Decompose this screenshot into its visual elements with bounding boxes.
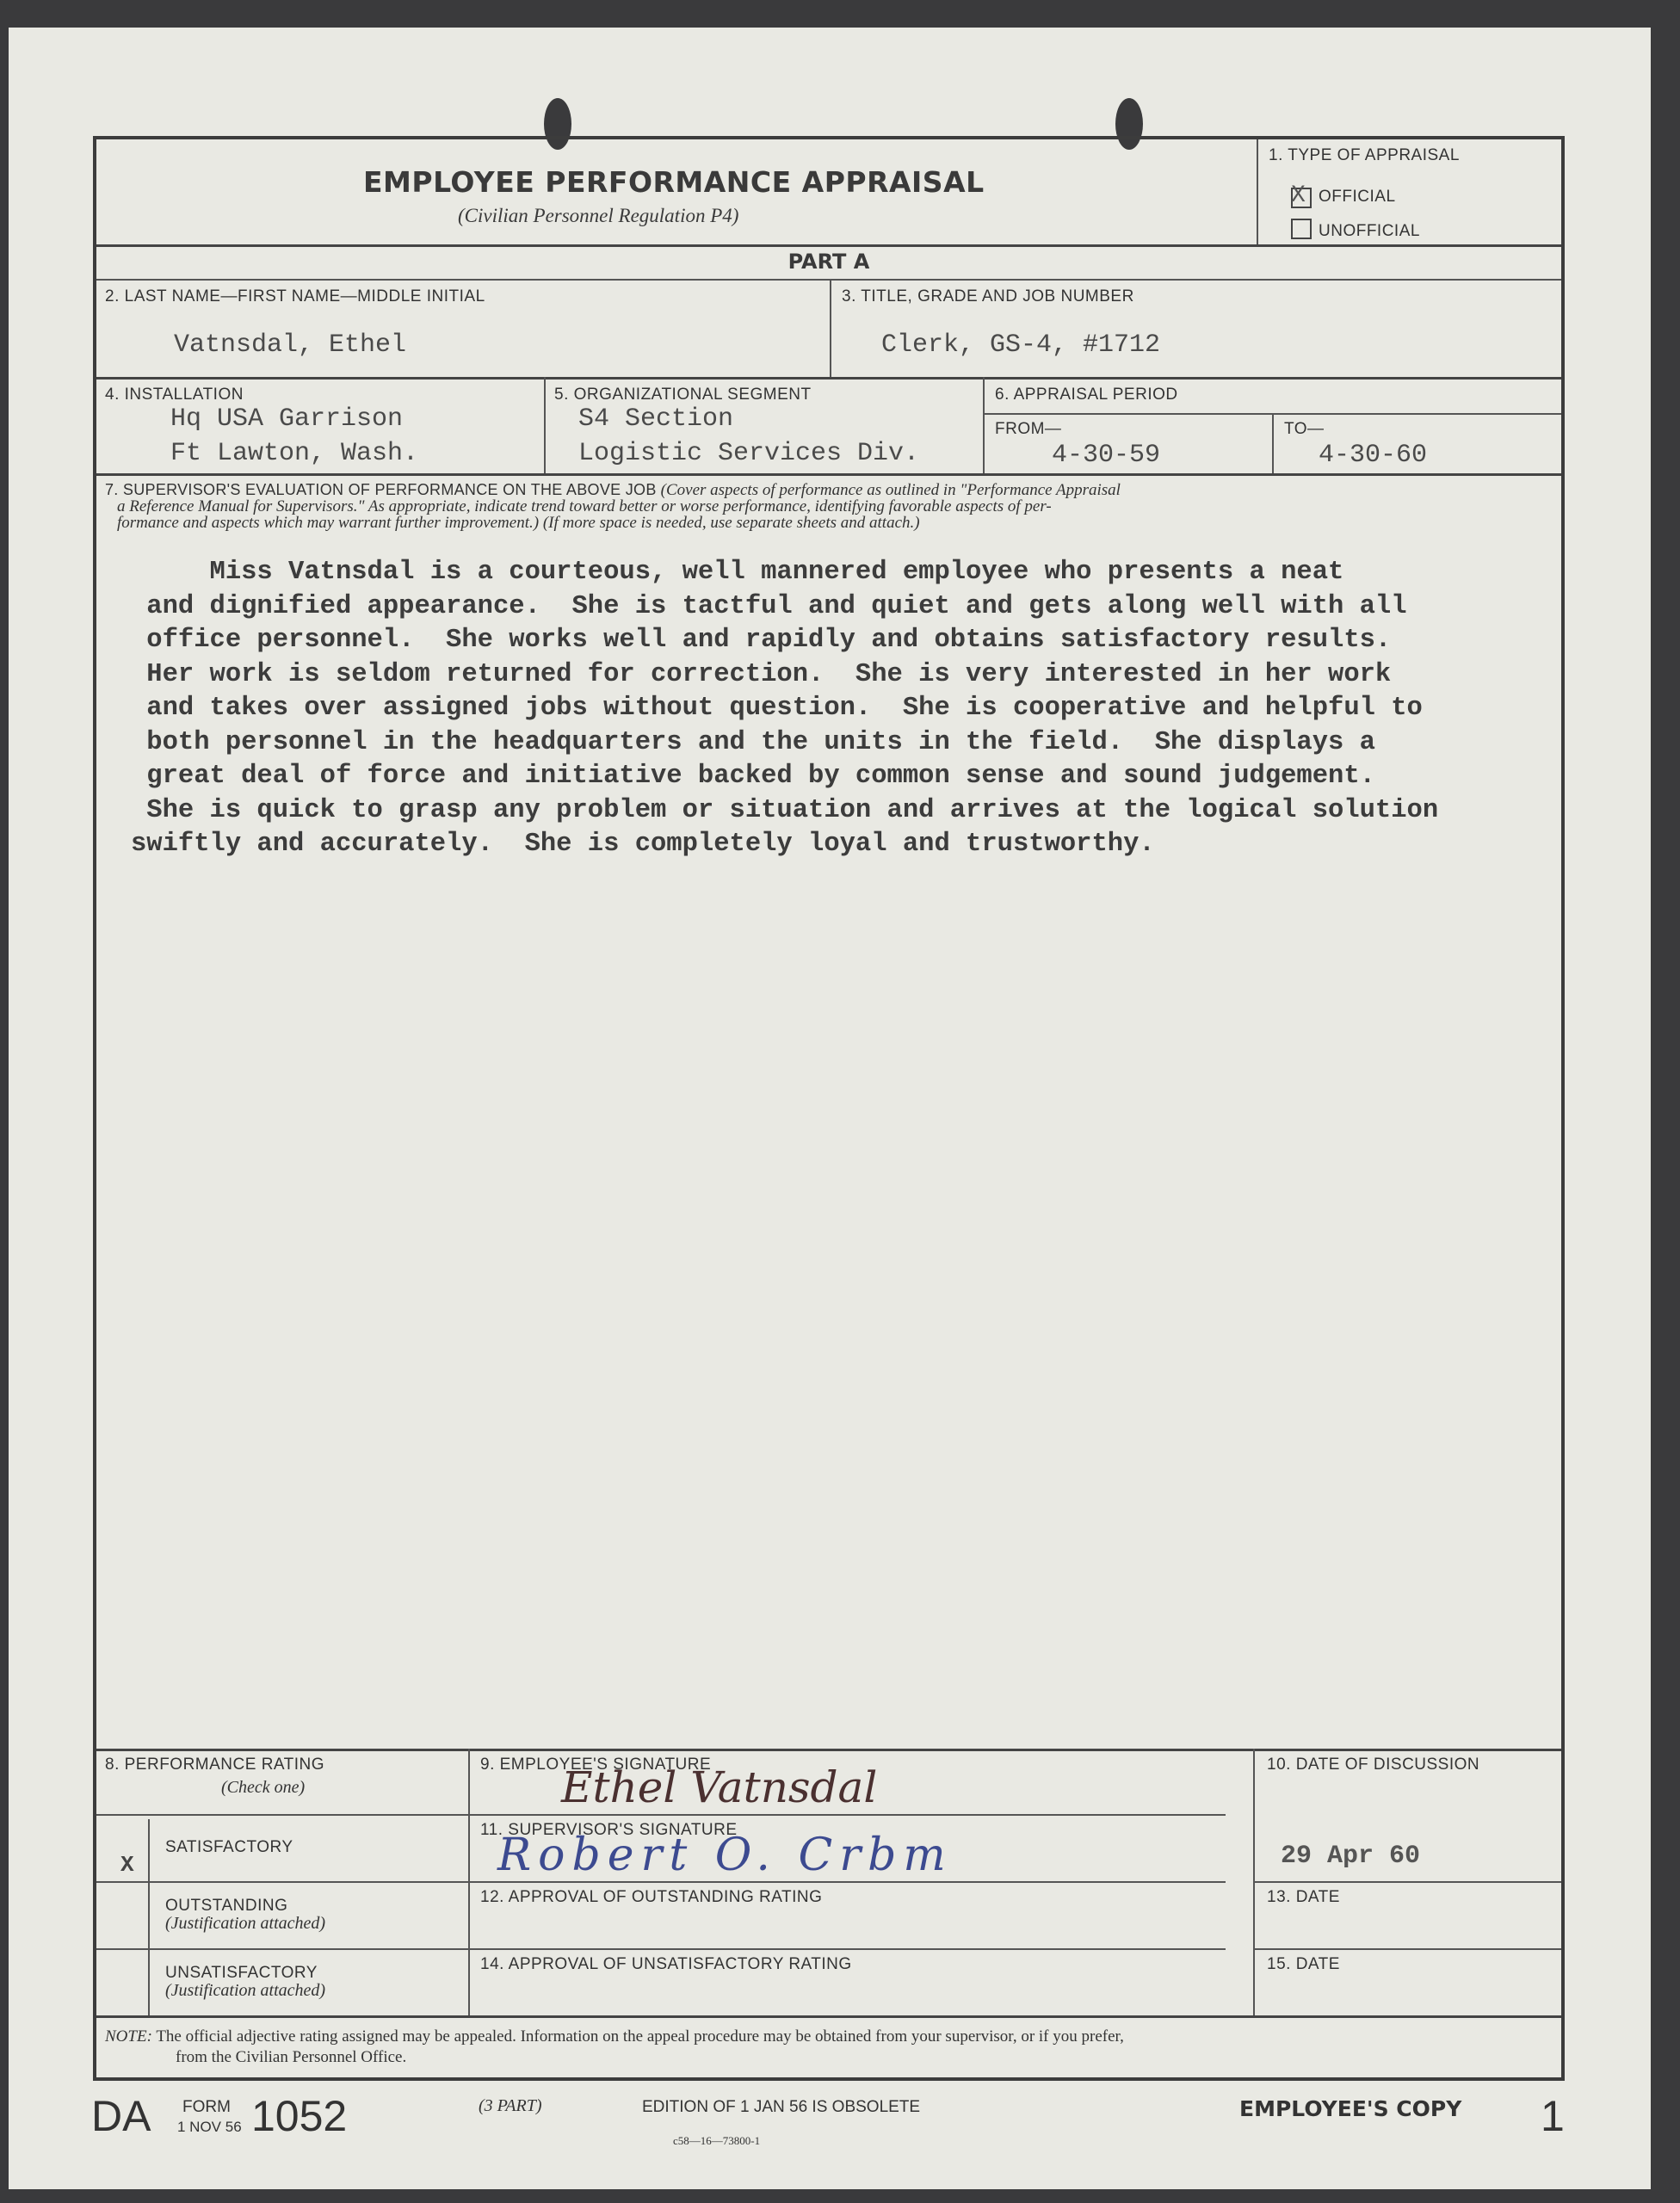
discussion-date-label: 10. DATE OF DISCUSSION	[1267, 1756, 1479, 1774]
evaluation-text[interactable]: Miss Vatnsdal is a courteous, well manne…	[131, 556, 1542, 862]
evaluation-instructions: 7. SUPERVISOR'S EVALUATION OF PERFORMANC…	[105, 482, 1560, 531]
divider	[96, 1881, 468, 1883]
type-of-appraisal-label: 1. TYPE OF APPRAISAL	[1269, 146, 1460, 165]
unofficial-label: UNOFFICIAL	[1319, 222, 1420, 241]
supervisor-signature[interactable]: Robert O. Crbm	[497, 1830, 953, 1881]
title-grade-value[interactable]: Clerk, GS-4, #1712	[881, 330, 1160, 360]
unsatisfactory-label: UNSATISFACTORY	[165, 1964, 318, 1983]
divider	[1272, 413, 1274, 473]
check-one-hint: (Check one)	[221, 1778, 305, 1798]
divider	[96, 244, 1561, 247]
from-label: FROM—	[995, 420, 1061, 439]
date-13-label: 13. DATE	[1267, 1888, 1340, 1907]
divider	[468, 1948, 1226, 1950]
divider	[96, 473, 1561, 476]
divider	[544, 377, 546, 473]
evaluation-instruction-1: (Cover aspects of performance as outline…	[661, 481, 1121, 499]
name-label: 2. LAST NAME—FIRST NAME—MIDDLE INITIAL	[105, 287, 485, 306]
satisfactory-label: SATISFACTORY	[165, 1838, 293, 1857]
divider	[468, 1881, 1226, 1883]
appeal-note: NOTE: The official adjective rating assi…	[105, 2027, 1124, 2046]
to-label: TO—	[1284, 420, 1325, 439]
appraisal-form: EMPLOYEE PERFORMANCE APPRAISAL (Civilian…	[93, 136, 1565, 2081]
org-segment-line1[interactable]: S4 Section	[578, 404, 733, 434]
divider	[1253, 1881, 1561, 1883]
edition-note: EDITION OF 1 JAN 56 IS OBSOLETE	[642, 2098, 920, 2117]
copy-designation: EMPLOYEE'S COPY	[1239, 2096, 1461, 2121]
org-segment-line2[interactable]: Logistic Services Div.	[578, 439, 919, 468]
divider	[96, 1948, 468, 1950]
copy-number: 1	[1541, 2091, 1565, 2141]
divider	[830, 279, 831, 377]
divider	[96, 1749, 1561, 1751]
evaluation-line: She is quick to grasp any problem or sit…	[131, 794, 1542, 829]
checkbox-unofficial[interactable]	[1291, 219, 1312, 239]
name-value[interactable]: Vatnsdal, Ethel	[174, 330, 406, 360]
x-mark-icon: X	[1291, 182, 1306, 209]
divider	[983, 377, 985, 473]
justification-hint: (Justification attached)	[165, 1981, 325, 2001]
outstanding-label: OUTSTANDING	[165, 1897, 287, 1916]
installation-line1[interactable]: Hq USA Garrison	[170, 404, 403, 434]
performance-rating-label: 8. PERFORMANCE RATING	[105, 1756, 324, 1774]
evaluation-label: 7. SUPERVISOR'S EVALUATION OF PERFORMANC…	[105, 481, 657, 498]
form-title: EMPLOYEE PERFORMANCE APPRAISAL	[363, 165, 985, 199]
divider	[148, 1819, 150, 2015]
installation-line2[interactable]: Ft Lawton, Wash.	[170, 439, 418, 468]
evaluation-line: Miss Vatnsdal is a courteous, well manne…	[131, 556, 1542, 590]
note-line-2: from the Civilian Personnel Office.	[176, 2048, 406, 2067]
evaluation-instruction-3: formance and aspects which may warrant f…	[117, 514, 920, 532]
employee-signature[interactable]: Ethel Vatnsdal	[561, 1762, 877, 1812]
installation-label: 4. INSTALLATION	[105, 386, 244, 404]
divider	[96, 377, 1561, 380]
evaluation-line: and dignified appearance. She is tactful…	[131, 590, 1542, 625]
divider	[96, 2015, 1561, 2018]
form-word: FORM	[182, 2098, 231, 2117]
part-a-heading: PART A	[96, 250, 1561, 274]
discussion-date-value[interactable]: 29 Apr 60	[1281, 1842, 1420, 1871]
evaluation-line: and takes over assigned jobs without que…	[131, 692, 1542, 726]
divider	[468, 1814, 1226, 1816]
evaluation-line: great deal of force and initiative backe…	[131, 760, 1542, 794]
title-grade-label: 3. TITLE, GRADE AND JOB NUMBER	[842, 287, 1134, 306]
evaluation-line: office personnel. She works well and rap…	[131, 624, 1542, 658]
divider	[1257, 139, 1258, 244]
form-date: 1 NOV 56	[177, 2119, 242, 2136]
x-mark-icon: X	[120, 1852, 134, 1878]
evaluation-line: both personnel in the headquarters and t…	[131, 726, 1542, 761]
from-date[interactable]: 4-30-59	[1052, 441, 1160, 470]
divider	[96, 279, 1561, 281]
note-line-1: The official adjective rating assigned m…	[156, 2027, 1124, 2046]
form-prefix-da: DA	[91, 2091, 151, 2141]
outstanding-approval-label: 12. APPROVAL OF OUTSTANDING RATING	[480, 1888, 822, 1907]
print-code: c58—16—73800-1	[673, 2134, 760, 2148]
form-parts: (3 PART)	[479, 2096, 542, 2116]
form-subtitle: (Civilian Personnel Regulation P4)	[458, 205, 738, 227]
org-segment-label: 5. ORGANIZATIONAL SEGMENT	[554, 386, 812, 404]
divider	[1253, 1948, 1561, 1950]
unsatisfactory-approval-label: 14. APPROVAL OF UNSATISFACTORY RATING	[480, 1955, 852, 1974]
justification-hint: (Justification attached)	[165, 1914, 325, 1934]
evaluation-line: swiftly and accurately. She is completel…	[131, 828, 1542, 862]
form-number: 1052	[251, 2091, 347, 2141]
appraisal-period-label: 6. APPRAISAL PERIOD	[995, 386, 1178, 404]
evaluation-line: Her work is seldom returned for correcti…	[131, 658, 1542, 693]
divider	[96, 1814, 468, 1816]
to-date[interactable]: 4-30-60	[1319, 441, 1427, 470]
official-label: OFFICIAL	[1319, 188, 1396, 207]
date-15-label: 15. DATE	[1267, 1955, 1340, 1974]
evaluation-instruction-2: a Reference Manual for Supervisors." As …	[117, 497, 1052, 515]
note-prefix: NOTE:	[105, 2027, 152, 2046]
